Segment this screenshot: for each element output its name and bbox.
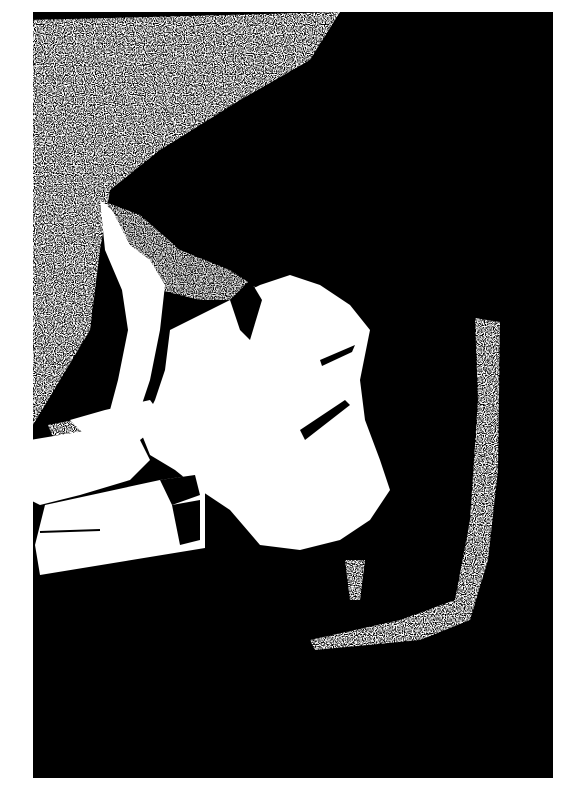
- photograph: [0, 0, 569, 788]
- margin-top: [0, 0, 569, 10]
- margin-bottom: [0, 779, 569, 788]
- margin-right: [554, 0, 569, 788]
- margin-left: [0, 0, 31, 788]
